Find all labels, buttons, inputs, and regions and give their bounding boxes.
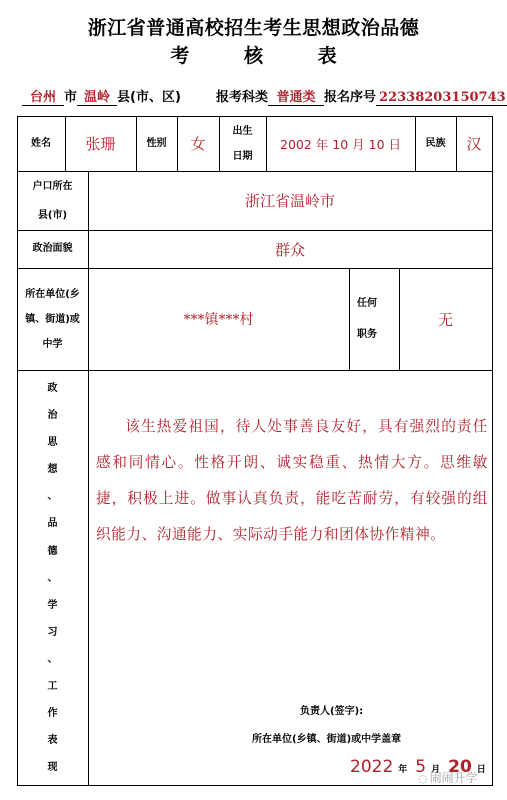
form-subtitle: 考 核 表 bbox=[0, 41, 507, 68]
subtitle-char: 核 bbox=[244, 41, 263, 68]
name-label: 姓名 bbox=[17, 116, 65, 171]
evaluation-text[interactable]: 该生热爱祖国，待人处事善良友好，具有强烈的责任感和同情心。性格开朗、诚实稳重、热… bbox=[96, 409, 488, 553]
birth-value[interactable]: 2002 年 10 月 10 日 bbox=[266, 116, 415, 171]
label-char: 、 bbox=[48, 565, 58, 592]
birth-label-line: 日期 bbox=[233, 144, 253, 169]
city-suffix: 市 bbox=[64, 90, 77, 105]
day-unit: 日 bbox=[477, 765, 486, 775]
position-value[interactable]: 无 bbox=[399, 268, 492, 370]
gender-label: 性别 bbox=[136, 116, 177, 171]
label-char: 、 bbox=[48, 646, 58, 673]
label-char: 现 bbox=[48, 754, 58, 781]
city-field[interactable]: 台州 bbox=[22, 86, 64, 106]
watermark-text: 闹闹升学 bbox=[430, 771, 478, 785]
serial-label: 报名序号 bbox=[324, 90, 376, 105]
ethnicity-value[interactable]: 汉 bbox=[456, 116, 492, 171]
label-char: 工 bbox=[48, 673, 58, 700]
subtitle-char: 考 bbox=[170, 41, 189, 68]
position-label-line: 任何 bbox=[357, 288, 377, 319]
label-char: 、 bbox=[48, 483, 58, 510]
label-char: 作 bbox=[48, 700, 58, 727]
year-unit: 年 bbox=[398, 765, 407, 775]
residence-label-line: 县(市) bbox=[38, 201, 67, 230]
stamp-label: 所在单位(乡镇、街道)或中学盖章 bbox=[252, 730, 401, 745]
label-char: 思 bbox=[48, 429, 58, 456]
unit-label: 所在单位(乡 镇、街道)或 中学 bbox=[17, 268, 88, 370]
category-field[interactable]: 普通类 bbox=[268, 86, 324, 106]
label-char: 治 bbox=[48, 402, 58, 429]
county-field[interactable]: 温岭 bbox=[77, 86, 117, 106]
county-suffix: 县(市、区) bbox=[117, 90, 181, 105]
birth-label: 出生 日期 bbox=[219, 116, 266, 171]
label-char: 德 bbox=[48, 538, 58, 565]
unit-label-line: 镇、街道)或 bbox=[25, 307, 80, 332]
category-line: 报考科类普通类报名序号22338203150743 bbox=[216, 86, 507, 106]
wechat-icon: ◌ bbox=[418, 772, 428, 785]
name-value[interactable]: 张珊 bbox=[65, 116, 136, 171]
label-char: 品 bbox=[48, 510, 58, 537]
label-char: 政 bbox=[48, 375, 58, 402]
gender-value[interactable]: 女 bbox=[177, 116, 219, 171]
serial-field[interactable]: 22338203150743 bbox=[376, 90, 507, 106]
position-label: 任何 职务 bbox=[349, 268, 399, 370]
unit-value[interactable]: ***镇***村 bbox=[88, 268, 349, 370]
residence-value[interactable]: 浙江省温岭市 bbox=[88, 171, 492, 230]
political-value[interactable]: 群众 bbox=[88, 230, 492, 268]
position-label-line: 职务 bbox=[357, 319, 377, 350]
category-label: 报考科类 bbox=[216, 90, 268, 105]
label-char: 表 bbox=[48, 727, 58, 754]
watermark: ◌闹闹升学 bbox=[418, 769, 478, 786]
date-year[interactable]: 2022 bbox=[350, 757, 393, 777]
unit-label-line: 中学 bbox=[43, 332, 63, 357]
residence-label-line: 户口所在 bbox=[33, 172, 73, 201]
location-line: 台州市温岭县(市、区) bbox=[22, 86, 181, 106]
signer-label: 负责人(签字): bbox=[300, 702, 363, 717]
political-label: 政治面貌 bbox=[17, 230, 88, 268]
label-char: 想 bbox=[48, 456, 58, 483]
subtitle-char: 表 bbox=[318, 41, 337, 68]
ethnicity-label: 民族 bbox=[415, 116, 456, 171]
form-title: 浙江省普通高校招生考生思想政治品德 bbox=[0, 13, 507, 40]
residence-label: 户口所在 县(市) bbox=[17, 171, 88, 230]
divider bbox=[492, 116, 493, 786]
unit-label-line: 所在单位(乡 bbox=[25, 282, 80, 307]
label-char: 学 bbox=[48, 592, 58, 619]
label-char: 习 bbox=[48, 619, 58, 646]
birth-label-line: 出生 bbox=[233, 119, 253, 144]
evaluation-label: 政 治 思 想 、 品 德 、 学 习 、 工 作 表 现 bbox=[17, 375, 88, 781]
